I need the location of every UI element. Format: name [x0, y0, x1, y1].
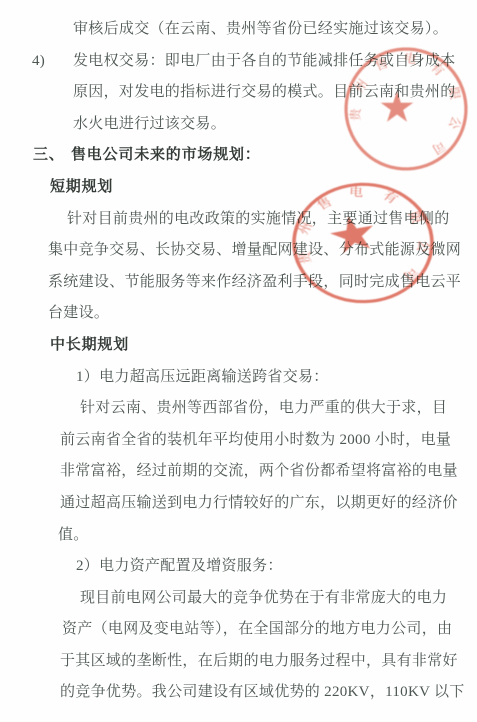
document-line: 2）电力资产配置及增资服务： — [0, 551, 477, 583]
document-line: 1）电力超高压远距离输送跨省交易： — [0, 362, 477, 394]
document-line: 系统建设、节能服务等来作经济盈利手段，同时完成售电云平 — [0, 267, 477, 299]
document-line: 通过超高压输送到电力行情较好的广东，以期更好的经济价 — [0, 488, 477, 520]
document-line: 台建设。 — [0, 298, 477, 330]
subsection-heading: 中长期规划 — [0, 330, 477, 362]
document-line: 现目前电网公司最大的竞争优势在于有非常庞大的电力 — [0, 583, 477, 615]
document-page: 审核后成交（在云南、贵州等省份已经实施过该交易）。 4) 发电权交易：即电厂由于… — [0, 0, 477, 722]
document-line: 前云南省全省的装机年平均使用小时数为 2000 小时，电量 — [0, 425, 477, 457]
document-line: 集中竞争交易、长协交易、增量配网建设、分布式能源及微网 — [0, 235, 477, 267]
document-line: 原因，对发电的指标进行交易的模式。目前云南和贵州的 — [0, 77, 477, 109]
section-heading: 三、 售电公司未来的市场规划： — [0, 140, 477, 172]
section-number: 三、 — [33, 140, 65, 172]
document-line: 非常富裕，经过前期的交流，两个省份都希望将富裕的电量 — [0, 456, 477, 488]
document-line: 针对目前贵州的电改政策的实施情况，主要通过售电侧的 — [0, 204, 477, 236]
document-line: 水火电进行过该交易。 — [0, 109, 477, 141]
document-line: 4) 发电权交易：即电厂由于各自的节能减排任务或自身成本 — [0, 46, 477, 78]
document-line: 于其区域的垄断性，在后期的电力服务过程中，具有非常好 — [0, 646, 477, 678]
document-line: 针对云南、贵州等西部省份，电力严重的供大于求，目 — [0, 393, 477, 425]
document-line: 审核后成交（在云南、贵州等省份已经实施过该交易）。 — [0, 14, 477, 46]
subsection-heading: 短期规划 — [0, 172, 477, 204]
document-line: 值。 — [0, 520, 477, 552]
document-line: 资产（电网及变电站等），在全国部分的地方电力公司，由 — [0, 614, 477, 646]
list-marker: 4) — [32, 46, 45, 78]
document-line: 的竞争优势。我公司建设有区域优势的 220KV，110KV 以下 — [0, 677, 477, 709]
document-body: 审核后成交（在云南、贵州等省份已经实施过该交易）。 4) 发电权交易：即电厂由于… — [0, 0, 477, 709]
